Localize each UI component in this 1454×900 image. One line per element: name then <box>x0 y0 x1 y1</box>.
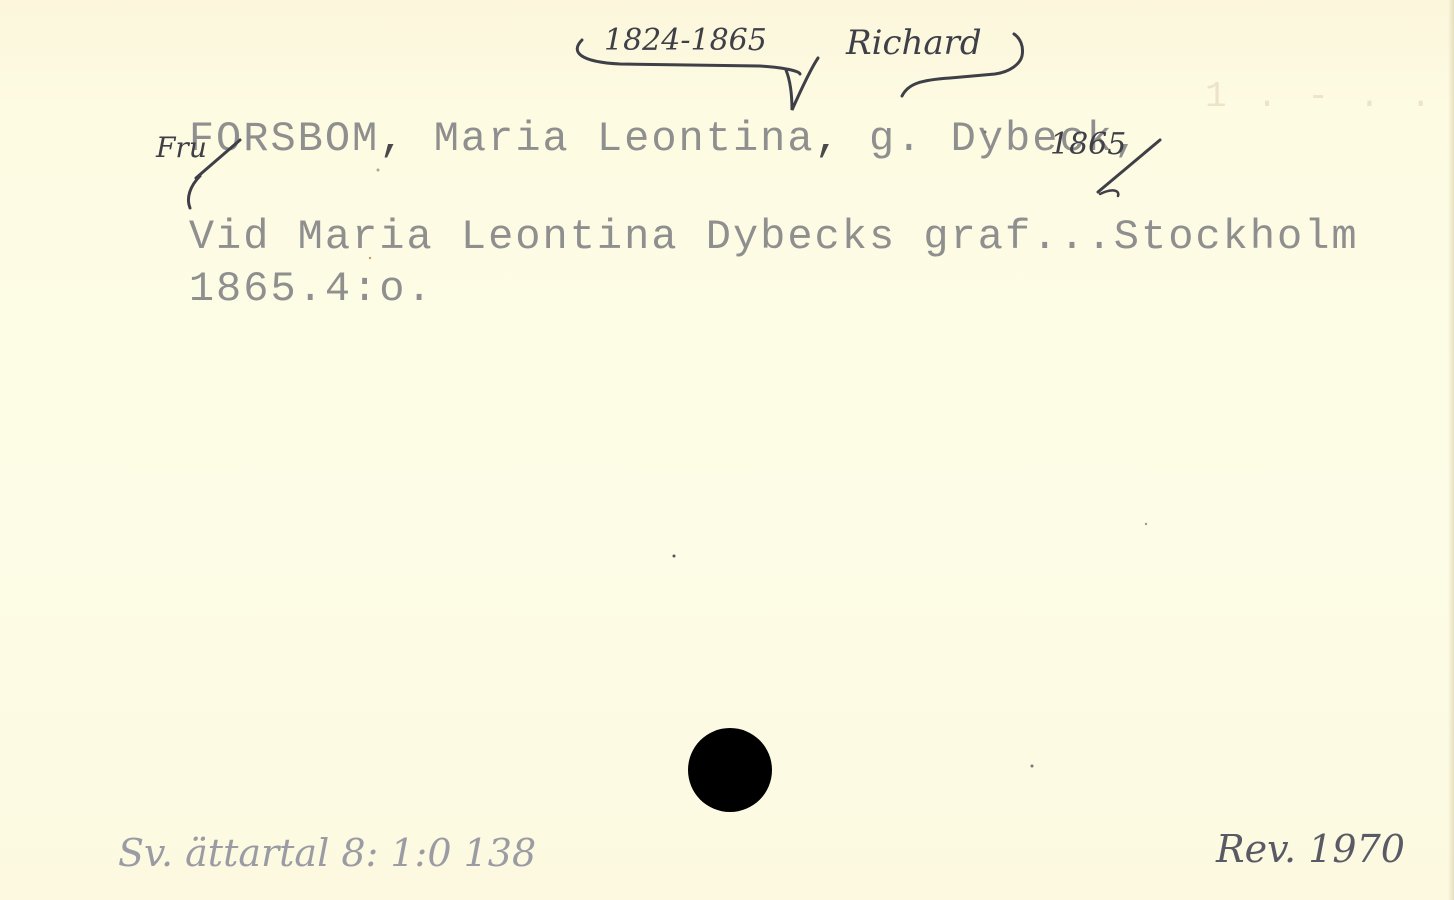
punch-hole <box>688 728 772 812</box>
married-prefix: g. <box>869 115 923 163</box>
life-dates-annotation: 1824-1865 <box>604 26 767 56</box>
given-names: Maria Leontina <box>434 115 815 163</box>
spouse-name-annotation: Richard <box>846 26 982 60</box>
imprint-line: 1865.4:o. <box>80 226 434 352</box>
year-annotation: 1865 <box>1050 130 1126 160</box>
surname: FORSBOM <box>189 115 379 163</box>
revision-annotation: Rev. 1970 <box>1216 830 1405 868</box>
catalog-card: 1 . - . . 5 FORSBOM, Maria Leontina, g. … <box>0 0 1454 900</box>
bleed-through-text: 1 . - . . 5 <box>1205 76 1454 117</box>
honorific-annotation: Fru <box>156 134 207 162</box>
card-edge <box>1448 0 1454 900</box>
reference-annotation: Sv. ättartal 8: 1:0 138 <box>118 834 536 872</box>
name-separator: , <box>815 115 842 163</box>
surname-comma: , <box>379 115 406 163</box>
imprint: 1865.4:o. <box>189 265 434 313</box>
publication-place: Stockholm <box>1114 213 1359 261</box>
